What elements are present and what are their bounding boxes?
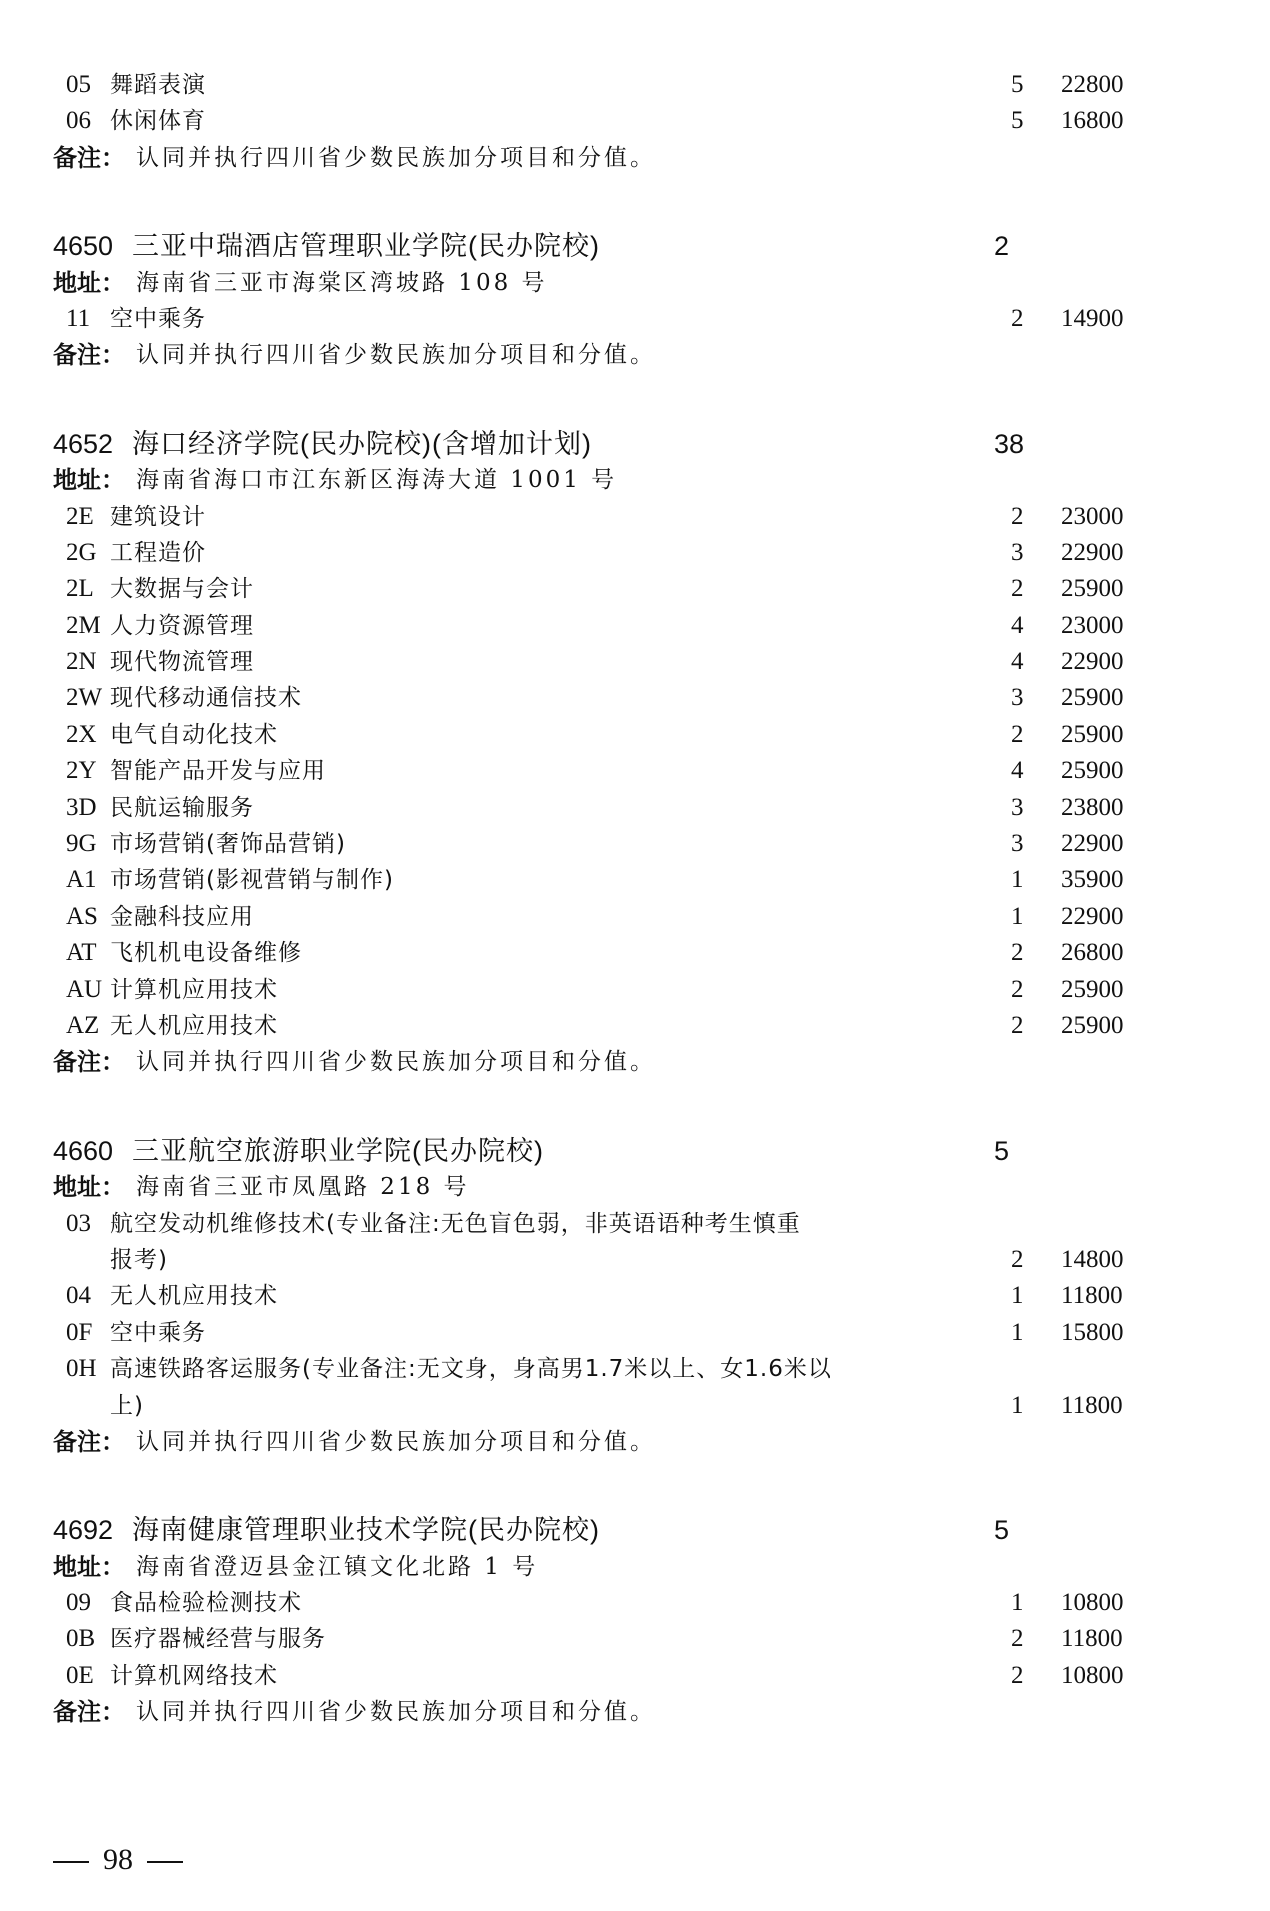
program-count: 2 [1011, 1658, 1024, 1694]
program-name: 金融科技应用 [110, 899, 254, 935]
program-count: 2 [1011, 571, 1024, 607]
program-count: 4 [1011, 644, 1024, 680]
address-line: 地址： 海南省三亚市海棠区湾坡路 108 号 [0, 265, 1270, 301]
program-row: AZ无人机应用技术225900 [0, 1008, 1270, 1044]
program-name: 食品检验检测技术 [110, 1585, 302, 1621]
program-name: 现代移动通信技术 [110, 680, 302, 716]
program-row-continued: 报考) 2 14800 [0, 1242, 1270, 1278]
address-text: 海南省三亚市凤凰路 218 号 [136, 1169, 470, 1205]
program-row: 2W现代移动通信技术325900 [0, 680, 1270, 716]
program-code: 2M [66, 608, 101, 644]
note-text: 认同并执行四川省少数民族加分项目和分值。 [136, 1424, 656, 1460]
program-name: 高速铁路客运服务(专业备注:无文身，身高男1.7米以上、女1.6米以 [110, 1351, 832, 1387]
program-fee: 14900 [1061, 301, 1124, 337]
program-row: 9G市场营销(奢饰品营销)322900 [0, 826, 1270, 862]
school-name: 三亚中瑞酒店管理职业学院(民办院校) [132, 228, 600, 264]
program-fee: 26800 [1061, 935, 1124, 971]
program-count: 1 [1011, 1388, 1024, 1424]
program-name: 市场营销(奢饰品营销) [110, 826, 346, 862]
program-row: 0F空中乘务115800 [0, 1315, 1270, 1351]
note-text: 认同并执行四川省少数民族加分项目和分值。 [136, 1694, 656, 1730]
program-code: AS [66, 899, 98, 935]
page-number-dash-left [53, 1861, 89, 1863]
program-count: 2 [1011, 1008, 1024, 1044]
program-fee: 23000 [1061, 608, 1124, 644]
address-line: 地址： 海南省海口市江东新区海涛大道 1001 号 [0, 462, 1270, 498]
program-fee: 22900 [1061, 535, 1124, 571]
program-fee: 11800 [1061, 1621, 1123, 1657]
program-code: 03 [66, 1206, 91, 1242]
note-label: 备注： [53, 337, 125, 373]
program-row: 2L大数据与会计225900 [0, 571, 1270, 607]
school-count: 5 [994, 1133, 1009, 1169]
program-fee: 25900 [1061, 717, 1124, 753]
program-name: 休闲体育 [110, 103, 206, 139]
program-fee: 10800 [1061, 1585, 1124, 1621]
program-name: 工程造价 [110, 535, 206, 571]
program-fee: 14800 [1061, 1242, 1124, 1278]
school-name: 海口经济学院(民办院校)(含增加计划) [132, 426, 592, 462]
program-fee: 15800 [1061, 1315, 1124, 1351]
school-code: 4692 [53, 1512, 113, 1548]
program-count: 5 [1011, 67, 1024, 103]
address-label: 地址： [53, 265, 125, 301]
note-text: 认同并执行四川省少数民族加分项目和分值。 [136, 337, 656, 373]
program-name: 电气自动化技术 [110, 717, 278, 753]
note-label: 备注： [53, 1424, 125, 1460]
school-code: 4660 [53, 1133, 113, 1169]
program-row: 0B医疗器械经营与服务211800 [0, 1621, 1270, 1657]
program-name: 舞蹈表演 [110, 67, 206, 103]
program-name: 大数据与会计 [110, 571, 254, 607]
program-row: 05 舞蹈表演 5 22800 [0, 67, 1270, 103]
program-code: A1 [66, 862, 97, 898]
note-line: 备注： 认同并执行四川省少数民族加分项目和分值。 [0, 1694, 1270, 1730]
program-fee: 22800 [1061, 67, 1124, 103]
program-fee: 23000 [1061, 499, 1124, 535]
program-name: 航空发动机维修技术(专业备注:无色盲色弱，非英语语种考生慎重 [110, 1206, 801, 1242]
program-row: 09食品检验检测技术110800 [0, 1585, 1270, 1621]
program-fee: 11800 [1061, 1388, 1123, 1424]
program-row: AT飞机机电设备维修226800 [0, 935, 1270, 971]
program-name: 无人机应用技术 [110, 1278, 278, 1314]
program-code: 0H [66, 1351, 97, 1387]
address-text: 海南省三亚市海棠区湾坡路 108 号 [136, 265, 548, 301]
program-count: 3 [1011, 790, 1024, 826]
note-line: 备注： 认同并执行四川省少数民族加分项目和分值。 [0, 1044, 1270, 1080]
program-count: 3 [1011, 535, 1024, 571]
program-count: 1 [1011, 899, 1024, 935]
program-count: 2 [1011, 717, 1024, 753]
program-count: 2 [1011, 499, 1024, 535]
program-count: 3 [1011, 826, 1024, 862]
program-count: 1 [1011, 1315, 1024, 1351]
program-row: 2N现代物流管理422900 [0, 644, 1270, 680]
program-row: 0E计算机网络技术210800 [0, 1658, 1270, 1694]
school-count: 2 [994, 228, 1009, 264]
program-name: 智能产品开发与应用 [110, 753, 326, 789]
program-row: AS金融科技应用122900 [0, 899, 1270, 935]
program-code: 0B [66, 1621, 95, 1657]
program-count: 4 [1011, 753, 1024, 789]
program-fee: 25900 [1061, 571, 1124, 607]
continuation-section: 05 舞蹈表演 5 22800 06 休闲体育 5 16800 备注： 认同并执… [0, 67, 1270, 176]
program-row: 04无人机应用技术111800 [0, 1278, 1270, 1314]
program-name: 人力资源管理 [110, 608, 254, 644]
program-fee: 23800 [1061, 790, 1124, 826]
school-name: 海南健康管理职业技术学院(民办院校) [132, 1512, 600, 1548]
school-section-4692: 4692 海南健康管理职业技术学院(民办院校) 5 地址： 海南省澄迈县金江镇文… [0, 1512, 1270, 1730]
program-code: AT [66, 935, 97, 971]
program-row: A1市场营销(影视营销与制作)135900 [0, 862, 1270, 898]
program-code: AU [66, 972, 102, 1008]
program-count: 5 [1011, 103, 1024, 139]
program-code: 9G [66, 826, 97, 862]
program-count: 2 [1011, 1242, 1024, 1278]
program-fee: 25900 [1061, 680, 1124, 716]
program-count: 1 [1011, 1585, 1024, 1621]
program-code: 2X [66, 717, 97, 753]
program-count: 3 [1011, 680, 1024, 716]
program-code: 09 [66, 1585, 91, 1621]
school-name: 三亚航空旅游职业学院(民办院校) [132, 1133, 544, 1169]
program-count: 2 [1011, 1621, 1024, 1657]
program-code: 2L [66, 571, 94, 607]
school-header: 4692 海南健康管理职业技术学院(民办院校) 5 [0, 1512, 1270, 1548]
school-section-4660: 4660 三亚航空旅游职业学院(民办院校) 5 地址： 海南省三亚市凤凰路 21… [0, 1133, 1270, 1461]
school-header: 4652 海口经济学院(民办院校)(含增加计划) 38 [0, 426, 1270, 462]
page-number: 98 [53, 1840, 183, 1880]
program-code: 05 [66, 67, 91, 103]
program-row: 06 休闲体育 5 16800 [0, 103, 1270, 139]
program-fee: 22900 [1061, 644, 1124, 680]
program-fee: 35900 [1061, 862, 1124, 898]
page-number-dash-right [147, 1861, 183, 1863]
note-line: 备注： 认同并执行四川省少数民族加分项目和分值。 [0, 1424, 1270, 1460]
program-count: 2 [1011, 935, 1024, 971]
program-row: AU计算机应用技术225900 [0, 972, 1270, 1008]
program-row: 2Y智能产品开发与应用425900 [0, 753, 1270, 789]
program-name-continued: 报考) [110, 1242, 168, 1278]
program-code: 04 [66, 1278, 91, 1314]
document-page: 05 舞蹈表演 5 22800 06 休闲体育 5 16800 备注： 认同并执… [0, 67, 1270, 1731]
program-code: 11 [66, 301, 90, 337]
program-name: 建筑设计 [110, 499, 206, 535]
address-label: 地址： [53, 462, 125, 498]
page-number-value: 98 [103, 1843, 133, 1876]
program-count: 2 [1011, 301, 1024, 337]
program-code: 2Y [66, 753, 97, 789]
address-label: 地址： [53, 1169, 125, 1205]
address-text: 海南省海口市江东新区海涛大道 1001 号 [136, 462, 617, 498]
program-count: 4 [1011, 608, 1024, 644]
note-line: 备注： 认同并执行四川省少数民族加分项目和分值。 [0, 140, 1270, 176]
program-code: 06 [66, 103, 91, 139]
program-row-continued: 上) 1 11800 [0, 1388, 1270, 1424]
note-label: 备注： [53, 140, 125, 176]
note-label: 备注： [53, 1044, 125, 1080]
program-fee: 22900 [1061, 899, 1124, 935]
school-section-4652: 4652 海口经济学院(民办院校)(含增加计划) 38 地址： 海南省海口市江东… [0, 426, 1270, 1081]
school-code: 4650 [53, 228, 113, 264]
program-name: 市场营销(影视营销与制作) [110, 862, 394, 898]
program-count: 1 [1011, 1278, 1024, 1314]
program-name: 无人机应用技术 [110, 1008, 278, 1044]
program-row: 2G工程造价322900 [0, 535, 1270, 571]
program-name: 医疗器械经营与服务 [110, 1621, 326, 1657]
program-fee: 25900 [1061, 753, 1124, 789]
school-section-4650: 4650 三亚中瑞酒店管理职业学院(民办院校) 2 地址： 海南省三亚市海棠区湾… [0, 228, 1270, 374]
program-code: 3D [66, 790, 97, 826]
program-name: 计算机网络技术 [110, 1658, 278, 1694]
program-count: 1 [1011, 862, 1024, 898]
program-count: 2 [1011, 972, 1024, 1008]
program-code: 2G [66, 535, 97, 571]
program-fee: 11800 [1061, 1278, 1123, 1314]
program-fee: 10800 [1061, 1658, 1124, 1694]
program-fee: 25900 [1061, 972, 1124, 1008]
program-code: 2N [66, 644, 97, 680]
program-name: 现代物流管理 [110, 644, 254, 680]
program-fee: 22900 [1061, 826, 1124, 862]
address-line: 地址： 海南省三亚市凤凰路 218 号 [0, 1169, 1270, 1205]
program-code: 0F [66, 1315, 92, 1351]
program-row: 3D民航运输服务323800 [0, 790, 1270, 826]
address-text: 海南省澄迈县金江镇文化北路 1 号 [136, 1549, 538, 1585]
program-code: AZ [66, 1008, 99, 1044]
note-line: 备注： 认同并执行四川省少数民族加分项目和分值。 [0, 337, 1270, 373]
address-line: 地址： 海南省澄迈县金江镇文化北路 1 号 [0, 1549, 1270, 1585]
program-row: 2X电气自动化技术225900 [0, 717, 1270, 753]
program-name-continued: 上) [110, 1388, 144, 1424]
note-text: 认同并执行四川省少数民族加分项目和分值。 [136, 140, 656, 176]
program-fee: 16800 [1061, 103, 1124, 139]
program-row: 11 空中乘务 2 14900 [0, 301, 1270, 337]
school-code: 4652 [53, 426, 113, 462]
program-code: 2W [66, 680, 102, 716]
school-count: 38 [994, 426, 1024, 462]
note-text: 认同并执行四川省少数民族加分项目和分值。 [136, 1044, 656, 1080]
program-name: 民航运输服务 [110, 790, 254, 826]
program-row: 03 航空发动机维修技术(专业备注:无色盲色弱，非英语语种考生慎重 [0, 1206, 1270, 1242]
program-name: 飞机机电设备维修 [110, 935, 302, 971]
school-header: 4650 三亚中瑞酒店管理职业学院(民办院校) 2 [0, 228, 1270, 264]
address-label: 地址： [53, 1549, 125, 1585]
school-count: 5 [994, 1512, 1009, 1548]
program-row: 2E建筑设计223000 [0, 499, 1270, 535]
program-name: 计算机应用技术 [110, 972, 278, 1008]
note-label: 备注： [53, 1694, 125, 1730]
program-fee: 25900 [1061, 1008, 1124, 1044]
program-code: 0E [66, 1658, 94, 1694]
program-name: 空中乘务 [110, 1315, 206, 1351]
program-row: 2M人力资源管理423000 [0, 608, 1270, 644]
program-code: 2E [66, 499, 94, 535]
program-row: 0H 高速铁路客运服务(专业备注:无文身，身高男1.7米以上、女1.6米以 [0, 1351, 1270, 1387]
program-name: 空中乘务 [110, 301, 206, 337]
school-header: 4660 三亚航空旅游职业学院(民办院校) 5 [0, 1133, 1270, 1169]
